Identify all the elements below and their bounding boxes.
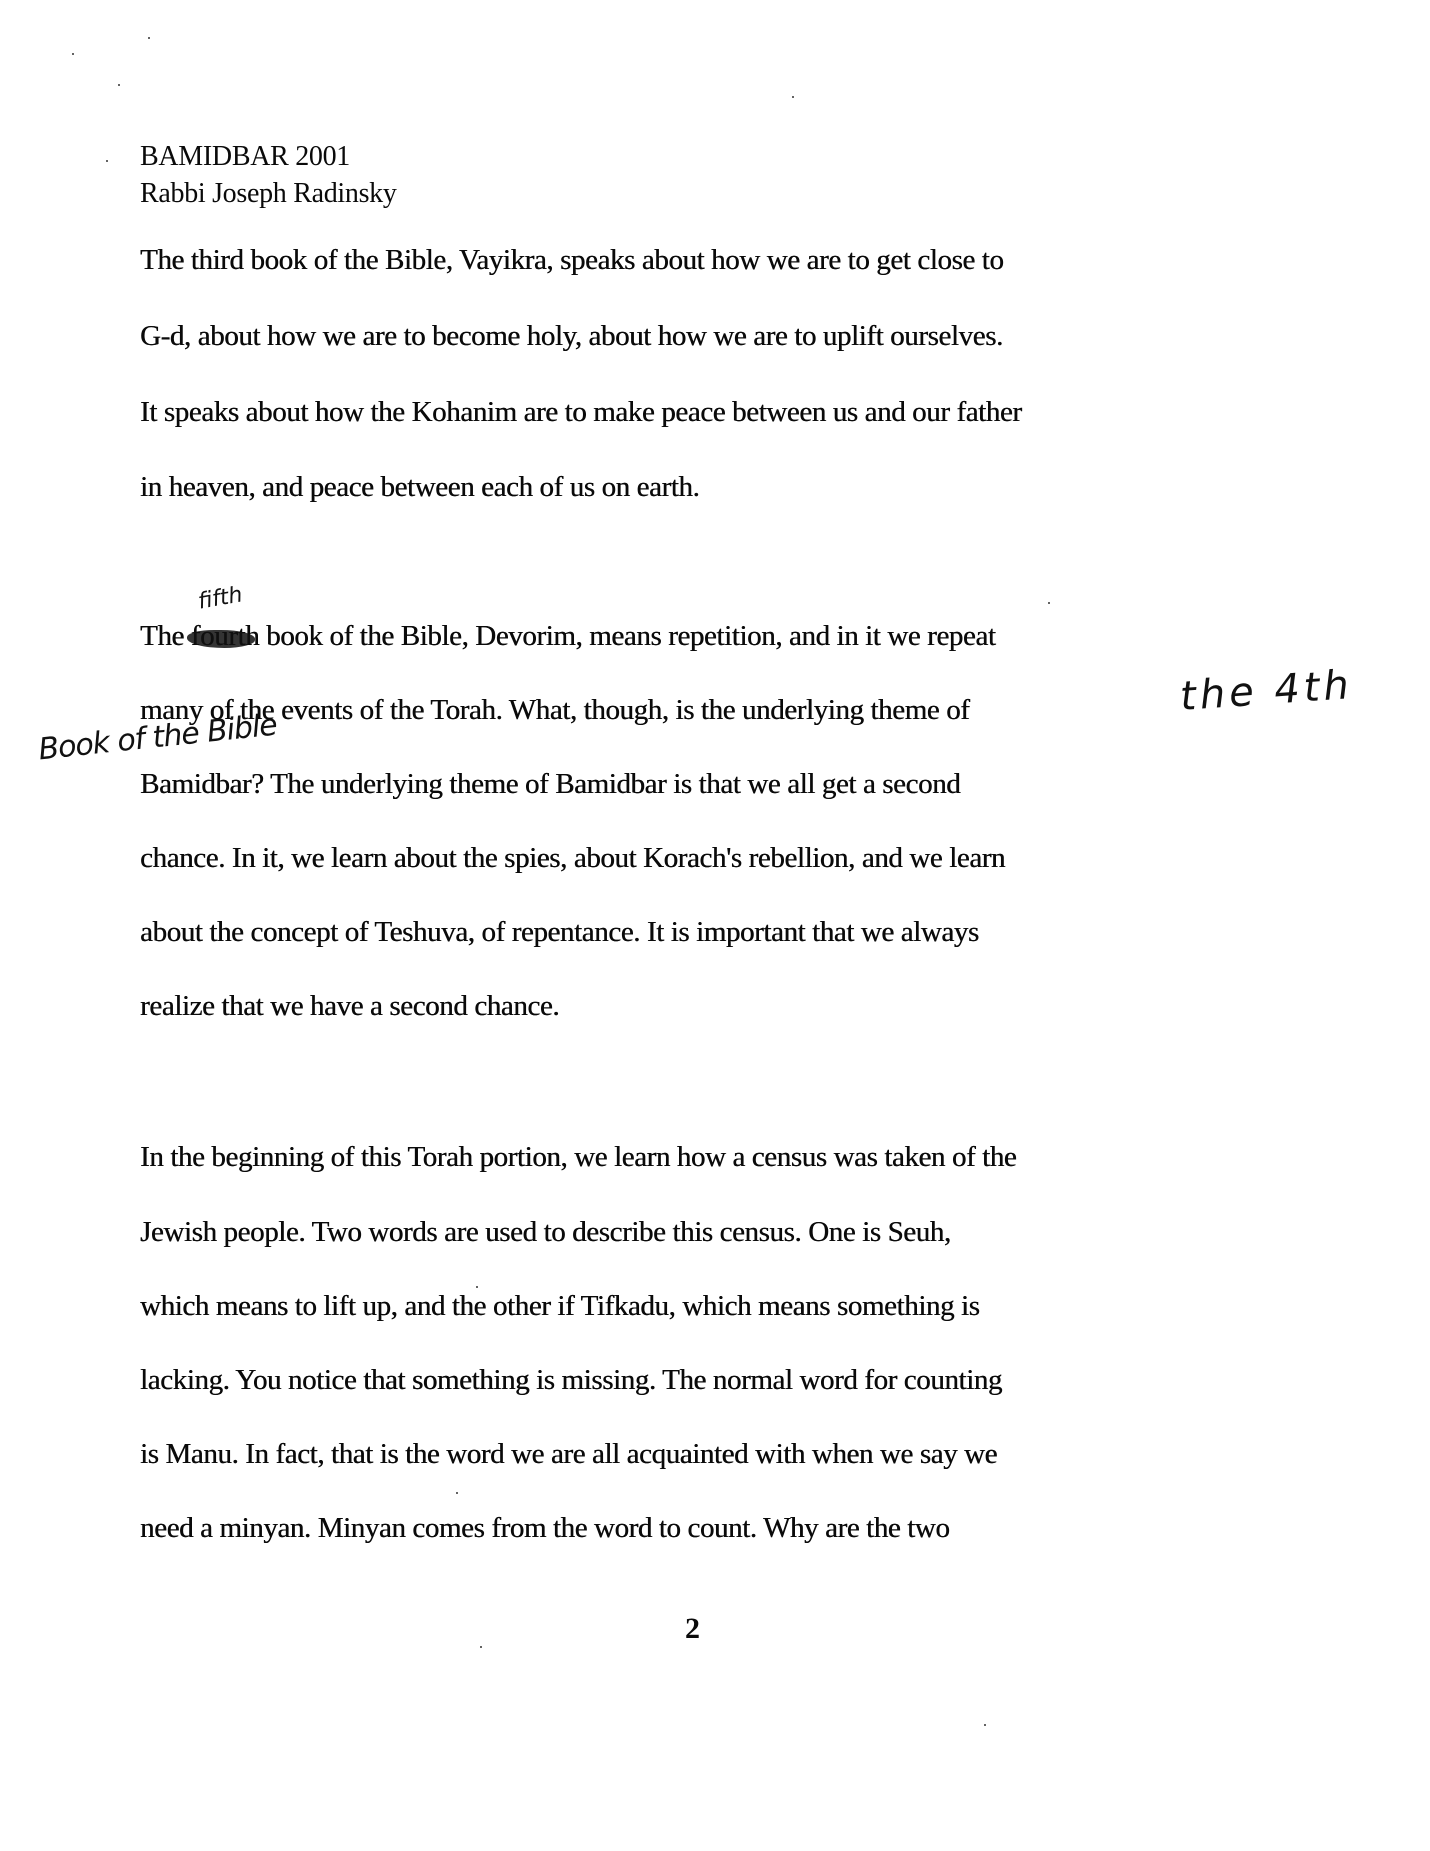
- line-text: The: [140, 620, 191, 652]
- paragraph-3-line: lacking. You notice that something is mi…: [140, 1364, 1002, 1396]
- document-page: BAMIDBAR 2001 Rabbi Joseph Radinsky The …: [0, 0, 1430, 1851]
- paragraph-1-line: It speaks about how the Kohanim are to m…: [140, 396, 1022, 428]
- handwritten-margin-note-right: the 4th: [1179, 662, 1355, 720]
- scan-speck: [1048, 602, 1050, 604]
- paragraph-1-line: G-d, about how we are to become holy, ab…: [140, 320, 1003, 352]
- scan-speck: [72, 53, 74, 55]
- paragraph-2-first-line: The fourth book of the Bible, Devorim, m…: [140, 620, 996, 652]
- paragraph-3-line: In the beginning of this Torah portion, …: [140, 1141, 1016, 1173]
- paragraph-2-line: chance. In it, we learn about the spies,…: [140, 842, 1005, 874]
- scan-speck: [118, 84, 120, 86]
- struck-word: fourth: [191, 620, 259, 652]
- scan-speck: [984, 1724, 986, 1726]
- line-text: book of the Bible, Devorim, means repeti…: [259, 620, 995, 652]
- paragraph-2-line: about the concept of Teshuva, of repenta…: [140, 916, 979, 948]
- scan-speck: [148, 37, 150, 39]
- paragraph-2-line: realize that we have a second chance.: [140, 990, 559, 1022]
- paragraph-3-line: Jewish people. Two words are used to des…: [140, 1216, 951, 1248]
- document-title: BAMIDBAR 2001: [140, 141, 350, 173]
- scan-speck: [106, 160, 108, 162]
- scan-speck: [456, 1492, 458, 1494]
- paragraph-3-line: which means to lift up, and the other if…: [140, 1290, 979, 1322]
- page-number: 2: [685, 1613, 700, 1645]
- scan-speck: [480, 1646, 482, 1648]
- paragraph-2-line: Bamidbar? The underlying theme of Bamidb…: [140, 768, 960, 800]
- paragraph-1-line: The third book of the Bible, Vayikra, sp…: [140, 244, 1003, 276]
- paragraph-3-line: is Manu. In fact, that is the word we ar…: [140, 1438, 997, 1470]
- scan-speck: [792, 96, 794, 98]
- paragraph-3-line: need a minyan. Minyan comes from the wor…: [140, 1512, 949, 1544]
- handwritten-correction: fifth: [196, 582, 244, 614]
- paragraph-1-line: in heaven, and peace between each of us …: [140, 471, 699, 503]
- document-author: Rabbi Joseph Radinsky: [140, 178, 397, 210]
- scan-speck: [476, 1286, 478, 1288]
